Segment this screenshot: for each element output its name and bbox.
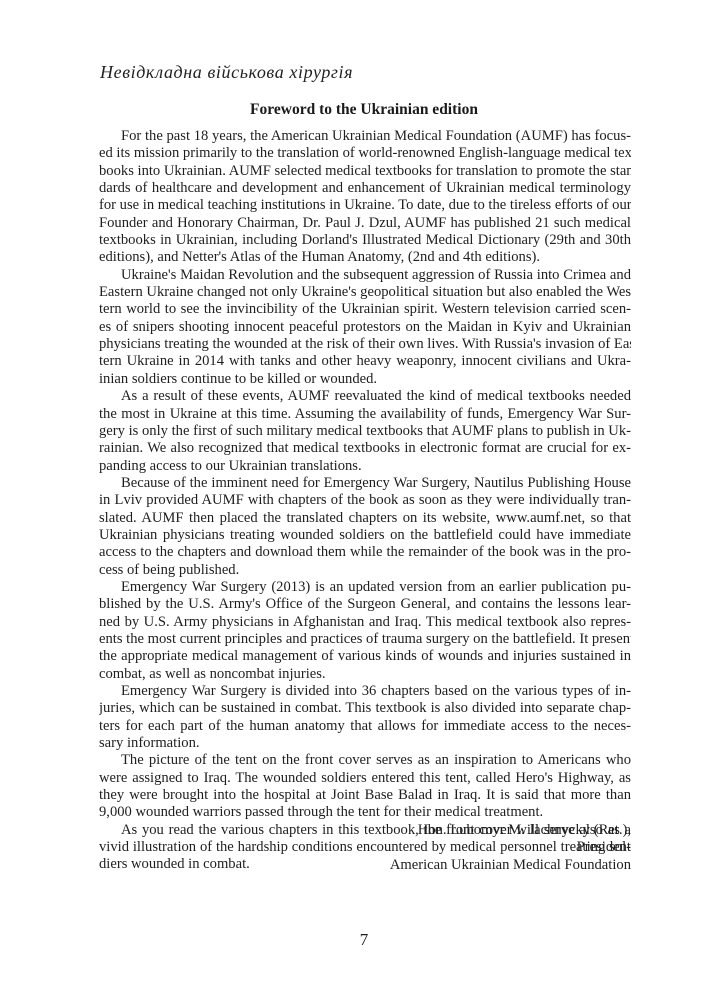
paragraph: Emergency War Surgery is divided into 36… bbox=[99, 683, 631, 752]
paragraph: Because of the imminent need for Emergen… bbox=[99, 475, 631, 579]
text-line: panding access to our Ukrainian translat… bbox=[99, 458, 631, 475]
text-line: 9,000 wounded warriors passed through th… bbox=[99, 804, 631, 821]
text-line: Because of the imminent need for Emergen… bbox=[99, 475, 631, 492]
text-line: ed its mission primarily to the translat… bbox=[99, 145, 631, 162]
text-line: gery is only the first of such military … bbox=[99, 423, 631, 440]
text-line: Ukraine's Maidan Revolution and the subs… bbox=[99, 267, 631, 284]
text-line: combat, as well as noncombat injuries. bbox=[99, 666, 631, 683]
paragraph: For the past 18 years, the American Ukra… bbox=[99, 128, 631, 267]
signature-role: President bbox=[390, 839, 631, 856]
text-line: ters for each part of the human anatomy … bbox=[99, 718, 631, 735]
text-line: editions), and Netter's Atlas of the Hum… bbox=[99, 249, 631, 266]
text-line: sary information. bbox=[99, 735, 631, 752]
text-line: tern Ukraine in 2014 with tanks and othe… bbox=[99, 353, 631, 370]
text-line: dards of healthcare and development and … bbox=[99, 180, 631, 197]
text-line: textbooks in Ukrainian, including Dorlan… bbox=[99, 232, 631, 249]
text-line: for use in medical teaching institutions… bbox=[99, 197, 631, 214]
foreword-title: Foreword to the Ukrainian edition bbox=[0, 101, 728, 119]
text-line: blished by the U.S. Army's Office of the… bbox=[99, 596, 631, 613]
paragraph: As a result of these events, AUMF reeval… bbox=[99, 388, 631, 475]
running-head: Невідкладна військова хірургія bbox=[100, 62, 353, 83]
text-line: access to the chapters and download them… bbox=[99, 544, 631, 561]
text-line: inian soldiers continue to be killed or … bbox=[99, 371, 631, 388]
text-line: ned by U.S. Army physicians in Afghanist… bbox=[99, 614, 631, 631]
paragraph: Emergency War Surgery (2013) is an updat… bbox=[99, 579, 631, 683]
text-line: tern world to see the invincibility of t… bbox=[99, 301, 631, 318]
text-line: rainian. We also recognized that medical… bbox=[99, 440, 631, 457]
signature-block: Hon. Lubomyr M. Jachnycky (Ret.), Presid… bbox=[390, 822, 631, 874]
paragraph: The picture of the tent on the front cov… bbox=[99, 752, 631, 821]
text-line: The picture of the tent on the front cov… bbox=[99, 752, 631, 769]
text-line: books into Ukrainian. AUMF selected medi… bbox=[99, 163, 631, 180]
text-line: Emergency War Surgery is divided into 36… bbox=[99, 683, 631, 700]
text-line: they were brought into the hospital at J… bbox=[99, 787, 631, 804]
text-line: physicians treating the wounded at the r… bbox=[99, 336, 631, 353]
signature-name: Hon. Lubomyr M. Jachnycky (Ret.), bbox=[390, 822, 631, 839]
text-line: Eastern Ukraine changed not only Ukraine… bbox=[99, 284, 631, 301]
text-line: in Lviv provided AUMF with chapters of t… bbox=[99, 492, 631, 509]
paragraph: Ukraine's Maidan Revolution and the subs… bbox=[99, 267, 631, 388]
text-line: Founder and Honorary Chairman, Dr. Paul … bbox=[99, 215, 631, 232]
text-line: the most in Ukraine at this time. Assumi… bbox=[99, 406, 631, 423]
text-line: slated. AUMF then placed the translated … bbox=[99, 510, 631, 527]
text-line: ents the most current principles and pra… bbox=[99, 631, 631, 648]
signature-organization: American Ukrainian Medical Foundation bbox=[390, 857, 631, 874]
text-line: the appropriate medical management of va… bbox=[99, 648, 631, 665]
page-number: 7 bbox=[0, 930, 728, 950]
text-line: cess of being published. bbox=[99, 562, 631, 579]
text-line: juries, which can be sustained in combat… bbox=[99, 700, 631, 717]
text-line: As a result of these events, AUMF reeval… bbox=[99, 388, 631, 405]
text-line: For the past 18 years, the American Ukra… bbox=[99, 128, 631, 145]
text-line: Ukrainian physicians treating wounded so… bbox=[99, 527, 631, 544]
foreword-body: For the past 18 years, the American Ukra… bbox=[99, 128, 631, 874]
text-line: Emergency War Surgery (2013) is an updat… bbox=[99, 579, 631, 596]
text-line: were assigned to Iraq. The wounded soldi… bbox=[99, 770, 631, 787]
text-line: es of snipers shooting innocent peaceful… bbox=[99, 319, 631, 336]
